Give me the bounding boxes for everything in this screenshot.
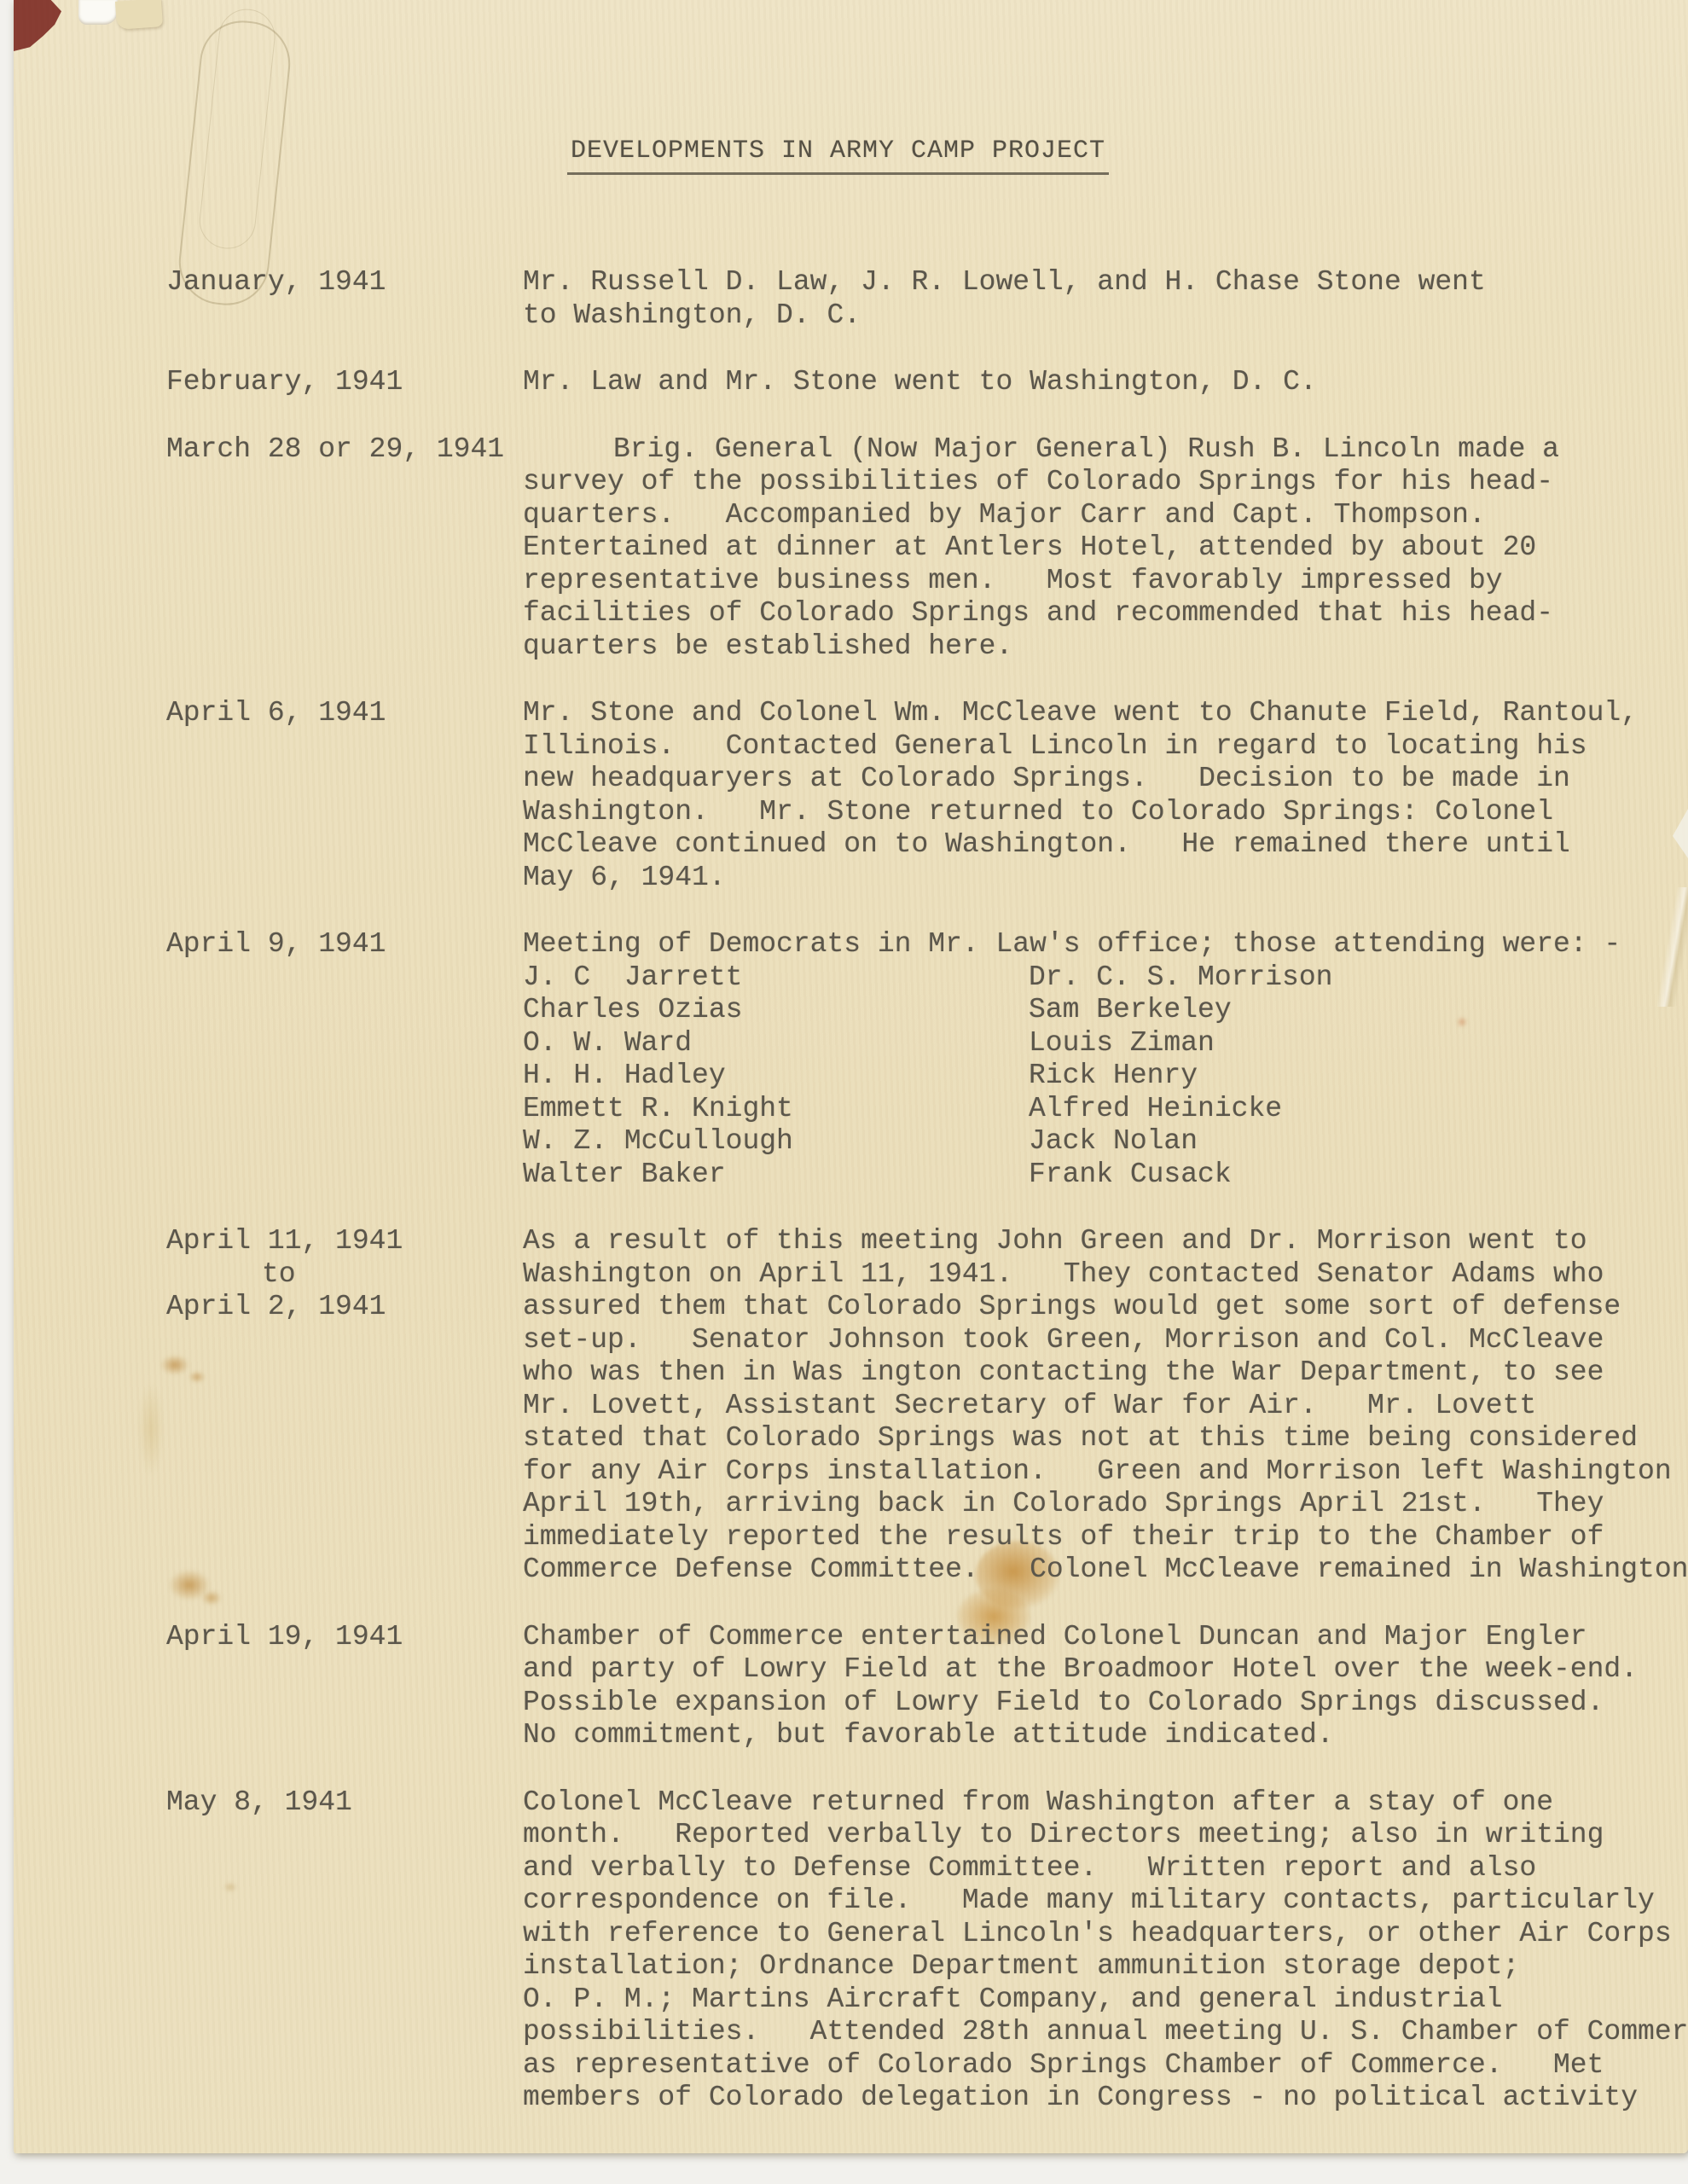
entry-text-line: Washington on April 11, 1941. They conta… xyxy=(523,1258,1688,1292)
entry-text-line: members of Colorado delegation in Congre… xyxy=(523,2082,1688,2115)
entry-text-line: assured them that Colorado Springs would… xyxy=(523,1291,1688,1324)
entry-date: April 19, 1941 xyxy=(166,1621,523,1654)
timeline-entry: January, 1941 Mr. Russell D. Law, J. R. … xyxy=(14,266,1688,332)
entry-text-line: set-up. Senator Johnson took Green, Morr… xyxy=(523,1324,1688,1357)
entry-text-line: with reference to General Lincoln's head… xyxy=(523,1918,1688,1951)
entry-text-line: as representative of Colorado Springs Ch… xyxy=(523,2049,1688,2082)
entry-text-line: correspondence on file. Made many milita… xyxy=(523,1885,1688,1918)
entry-text-line: and party of Lowry Field at the Broadmoo… xyxy=(523,1653,1688,1687)
timeline-entry: February, 1941 Mr. Law and Mr. Stone wen… xyxy=(14,366,1688,399)
entry-body-column: Mr. Russell D. Law, J. R. Lowell, and H.… xyxy=(523,266,1688,332)
entry-date: February, 1941 xyxy=(166,366,523,399)
entry-body-column: Meeting of Democrats in Mr. Law's office… xyxy=(523,928,1688,1191)
entry-text-line: quarters be established here. xyxy=(523,630,1688,664)
timeline-entry: May 8, 1941 Colonel McCleave returned fr… xyxy=(14,1786,1688,2115)
entry-date-column: April 9, 1941 xyxy=(166,928,523,1191)
entry-date-column: January, 1941 xyxy=(166,266,523,332)
entry-text-line: As a result of this meeting John Green a… xyxy=(523,1225,1688,1258)
entry-text-line: Entertained at dinner at Antlers Hotel, … xyxy=(523,531,1688,565)
entry-text-line: installation; Ordnance Department ammuni… xyxy=(523,1950,1688,1984)
entry-text-line: Illinois. Contacted General Lincoln in r… xyxy=(523,730,1688,764)
entry-body-column: Brig. General (Now Major General) Rush B… xyxy=(523,433,1688,664)
timeline-entry: April 9, 1941 Meeting of Democrats in Mr… xyxy=(14,928,1688,1191)
entry-date-column: April 11, 1941toApril 2, 1941 xyxy=(166,1225,523,1587)
document-content: DEVELOPMENTS IN ARMY CAMP PROJECT Januar… xyxy=(14,0,1688,2149)
entry-text-line: Washington. Mr. Stone returned to Colora… xyxy=(523,796,1688,829)
attendee-column: Dr. C. S. MorrisonSam BerkeleyLouis Zima… xyxy=(1029,961,1332,1192)
entry-date-column: February, 1941 xyxy=(166,366,523,399)
timeline-entry: March 28 or 29, 1941 Brig. General (Now … xyxy=(14,433,1688,664)
entry-text-line: Commerce Defense Committee. Colonel McCl… xyxy=(523,1554,1688,1587)
entry-text-line: immediately reported the results of thei… xyxy=(523,1521,1688,1554)
timeline-entry: April 19, 1941 Chamber of Commerce enter… xyxy=(14,1621,1688,1752)
entry-text-line: O. P. M.; Martins Aircraft Company, and … xyxy=(523,1984,1688,2017)
entry-body-column: As a result of this meeting John Green a… xyxy=(523,1225,1688,1587)
entry-text-line: quarters. Accompanied by Major Carr and … xyxy=(523,499,1688,532)
entry-text-line: stated that Colorado Springs was not at … xyxy=(523,1422,1688,1455)
entry-text-line: Mr. Stone and Colonel Wm. McCleave went … xyxy=(523,697,1688,730)
entry-text-line: Mr. Law and Mr. Stone went to Washington… xyxy=(523,366,1688,399)
entry-text-line: Colonel McCleave returned from Washingto… xyxy=(523,1786,1688,1820)
entry-text-line: Meeting of Democrats in Mr. Law's office… xyxy=(523,928,1688,961)
entry-date: to xyxy=(166,1258,523,1292)
entry-text-line: representative business men. Most favora… xyxy=(523,565,1688,598)
entry-text-line: Possible expansion of Lowry Field to Col… xyxy=(523,1687,1688,1720)
attendee-name: O. W. Ward xyxy=(523,1027,1029,1060)
attendee-name: H. H. Hadley xyxy=(523,1060,1029,1093)
entry-text-line: new headquaryers at Colorado Springs. De… xyxy=(523,763,1688,796)
entry-date: April 2, 1941 xyxy=(166,1291,523,1324)
entry-text-line: survey of the possibilities of Colorado … xyxy=(523,466,1688,499)
entry-text-line: Mr. Russell D. Law, J. R. Lowell, and H.… xyxy=(523,266,1688,299)
entry-text-line: to Washington, D. C. xyxy=(523,299,1688,333)
entry-date: April 6, 1941 xyxy=(166,697,523,730)
timeline-entry: April 6, 1941 Mr. Stone and Colonel Wm. … xyxy=(14,697,1688,894)
entry-date: April 11, 1941 xyxy=(166,1225,523,1258)
entry-text-line: Chamber of Commerce entertained Colonel … xyxy=(523,1621,1688,1654)
attendee-name: Sam Berkeley xyxy=(1029,994,1332,1027)
entry-body-column: Chamber of Commerce entertained Colonel … xyxy=(523,1621,1688,1752)
entry-date: March 28 or 29, 1941 xyxy=(166,433,523,467)
attendee-name: W. Z. McCullough xyxy=(523,1125,1029,1159)
entry-text-line: April 19th, arriving back in Colorado Sp… xyxy=(523,1488,1688,1521)
attendee-name: Louis Ziman xyxy=(1029,1027,1332,1060)
entry-date: April 9, 1941 xyxy=(166,928,523,961)
entry-date: May 8, 1941 xyxy=(166,1786,523,1820)
entry-date-column: March 28 or 29, 1941 xyxy=(166,433,523,664)
attendee-name: Walter Baker xyxy=(523,1159,1029,1192)
entry-text-line: facilities of Colorado Springs and recom… xyxy=(523,597,1688,630)
page-title: DEVELOPMENTS IN ARMY CAMP PROJECT xyxy=(0,136,1688,166)
entry-body-column: Mr. Law and Mr. Stone went to Washington… xyxy=(523,366,1688,399)
attendee-name: Emmett R. Knight xyxy=(523,1093,1029,1126)
entry-date-column: April 6, 1941 xyxy=(166,697,523,894)
entry-text-line: who was then in Was ington contacting th… xyxy=(523,1356,1688,1390)
entry-text-line: McCleave continued on to Washington. He … xyxy=(523,828,1688,862)
entry-text-line: Mr. Lovett, Assistant Secretary of War f… xyxy=(523,1390,1688,1423)
page-title-text: DEVELOPMENTS IN ARMY CAMP PROJECT xyxy=(567,136,1109,175)
attendee-list: J. C JarrettCharles OziasO. W. WardH. H.… xyxy=(523,961,1688,1192)
entry-date-column: April 19, 1941 xyxy=(166,1621,523,1752)
attendee-name: Jack Nolan xyxy=(1029,1125,1332,1159)
entry-text-line: Brig. General (Now Major General) Rush B… xyxy=(523,433,1688,467)
entry-text-line: month. Reported verbally to Directors me… xyxy=(523,1819,1688,1852)
entry-text-line: possibilities. Attended 28th annual meet… xyxy=(523,2016,1688,2049)
entry-text-line: and verbally to Defense Committee. Writt… xyxy=(523,1852,1688,1885)
entry-text-line: for any Air Corps installation. Green an… xyxy=(523,1455,1688,1489)
attendee-column: J. C JarrettCharles OziasO. W. WardH. H.… xyxy=(523,961,1029,1192)
attendee-name: Alfred Heinicke xyxy=(1029,1093,1332,1126)
attendee-name: Rick Henry xyxy=(1029,1060,1332,1093)
entry-date: January, 1941 xyxy=(166,266,523,299)
document-page: DEVELOPMENTS IN ARMY CAMP PROJECT Januar… xyxy=(14,0,1688,2153)
entry-date-column: May 8, 1941 xyxy=(166,1786,523,2115)
timeline-entries: January, 1941 Mr. Russell D. Law, J. R. … xyxy=(14,266,1688,2115)
attendee-name: J. C Jarrett xyxy=(523,961,1029,995)
attendee-name: Charles Ozias xyxy=(523,994,1029,1027)
entry-text-line: May 6, 1941. xyxy=(523,862,1688,895)
entry-body-column: Mr. Stone and Colonel Wm. McCleave went … xyxy=(523,697,1688,894)
entry-text-line: No commitment, but favorable attitude in… xyxy=(523,1719,1688,1752)
timeline-entry: April 11, 1941toApril 2, 1941 As a resul… xyxy=(14,1225,1688,1587)
attendee-name: Dr. C. S. Morrison xyxy=(1029,961,1332,995)
entry-body-column: Colonel McCleave returned from Washingto… xyxy=(523,1786,1688,2115)
attendee-name: Frank Cusack xyxy=(1029,1159,1332,1192)
